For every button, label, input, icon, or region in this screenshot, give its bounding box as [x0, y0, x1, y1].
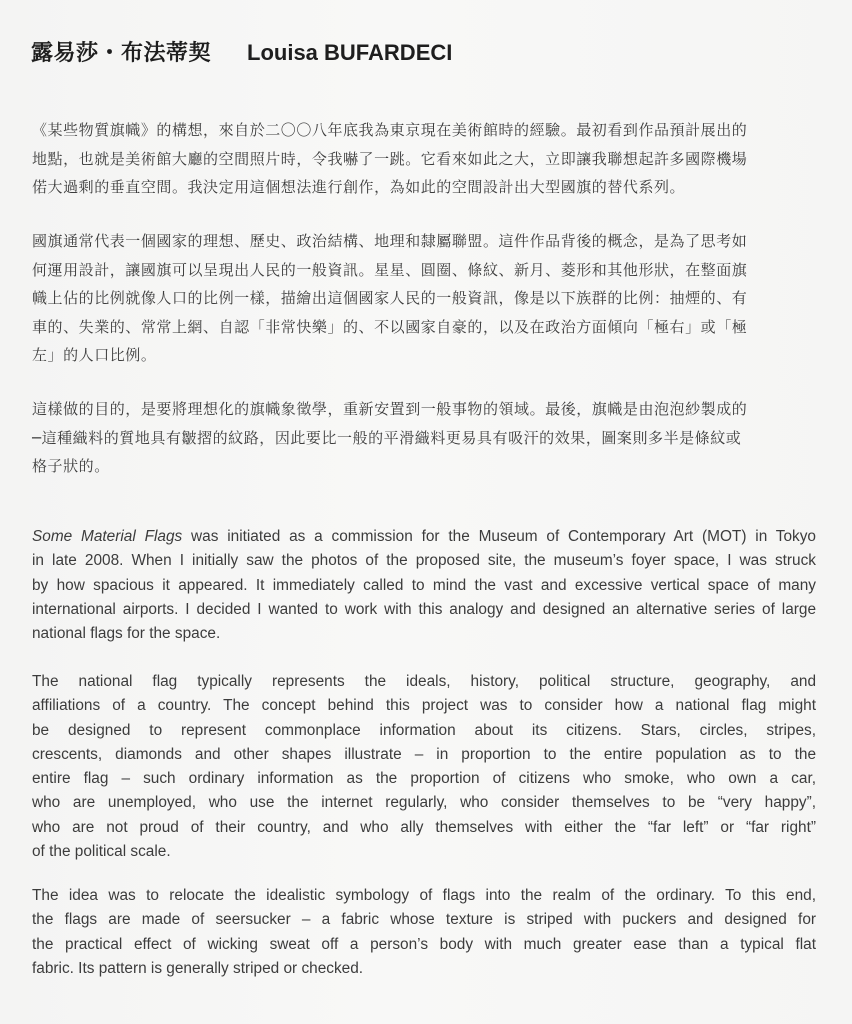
text-line: affiliations of a country. The concept b… [32, 694, 816, 718]
chinese-paragraph-2: 國旗通常代表一個國家的理想、歷史、政治結構、地理和隸屬聯盟。這件作品背後的概念，… [32, 227, 812, 370]
text-fragment: was initiated as a commission for the Mu… [182, 528, 816, 545]
text-line: 幟上佔的比例就像人口的比例一樣，描繪出這個國家人民的一般資訊，像是以下族群的比例… [32, 284, 812, 313]
text-line: 地點，也就是美術館大廳的空間照片時，令我嚇了一跳。它看來如此之大，立即讓我聯想起… [32, 145, 812, 174]
text-line: who are unemployed, who use the internet… [32, 791, 816, 815]
text-line: national flags for the space. [32, 622, 816, 646]
text-line: 國旗通常代表一個國家的理想、歷史、政治結構、地理和隸屬聯盟。這件作品背後的概念，… [32, 227, 812, 256]
page-title: 露易莎・布法蒂契Louisa BUFARDECI [31, 36, 452, 67]
text-line: 車的、失業的、常常上網、自認「非常快樂」的、不以國家自豪的，以及在政治方面傾向「… [32, 313, 812, 342]
text-line: The idea was to relocate the idealistic … [32, 884, 816, 908]
text-line: crescents, diamonds and other shapes ill… [32, 743, 816, 767]
text-line: Some Material Flags was initiated as a c… [32, 525, 816, 549]
text-line: be designed to represent commonplace inf… [32, 719, 816, 743]
text-line: who are not proud of their country, and … [32, 816, 816, 840]
title-chinese: 露易莎・布法蒂契 [31, 41, 211, 66]
text-line: the practical effect of wicking sweat of… [32, 933, 816, 957]
text-line: in late 2008. When I initially saw the p… [32, 549, 816, 573]
text-line: ─這種織料的質地具有皺摺的紋路，因此要比一般的平滑織料更易具有吸汗的效果，圖案則… [32, 424, 812, 453]
chinese-paragraph-3: 這樣做的目的，是要將理想化的旗幟象徵學，重新安置到一般事物的領域。最後，旗幟是由… [32, 395, 812, 481]
text-line: international airports. I decided I want… [32, 598, 816, 622]
artwork-title: Some Material Flags [32, 528, 182, 545]
text-line: of the political scale. [32, 840, 816, 864]
chinese-paragraph-1: 《某些物質旗幟》的構想，來自於二〇〇八年底我為東京現在美術館時的經驗。最初看到作… [32, 116, 812, 202]
text-line: fabric. Its pattern is generally striped… [32, 957, 816, 981]
text-line: by how spacious it appeared. It immediat… [32, 574, 816, 598]
document-page: 露易莎・布法蒂契Louisa BUFARDECI 《某些物質旗幟》的構想，來自於… [0, 0, 852, 1024]
english-paragraph-3: The idea was to relocate the idealistic … [32, 884, 816, 981]
text-line: entire flag – such ordinary information … [32, 767, 816, 791]
english-paragraph-1: Some Material Flags was initiated as a c… [32, 525, 816, 646]
text-line: 左」的人口比例。 [32, 341, 812, 370]
text-line: 格子狀的。 [32, 452, 812, 481]
text-line: 偌大過剩的垂直空間。我決定用這個想法進行創作，為如此的空間設計出大型國旗的替代系… [32, 173, 812, 202]
text-line: 《某些物質旗幟》的構想，來自於二〇〇八年底我為東京現在美術館時的經驗。最初看到作… [32, 116, 812, 145]
text-line: the flags are made of seersucker – a fab… [32, 908, 816, 932]
text-line: 何運用設計，讓國旗可以呈現出人民的一般資訊。星星、圓圈、條紋、新月、菱形和其他形… [32, 256, 812, 285]
text-line: 這樣做的目的，是要將理想化的旗幟象徵學，重新安置到一般事物的領域。最後，旗幟是由… [32, 395, 812, 424]
text-line: The national flag typically represents t… [32, 670, 816, 694]
title-english: Louisa BUFARDECI [247, 40, 452, 65]
english-paragraph-2: The national flag typically represents t… [32, 670, 816, 864]
